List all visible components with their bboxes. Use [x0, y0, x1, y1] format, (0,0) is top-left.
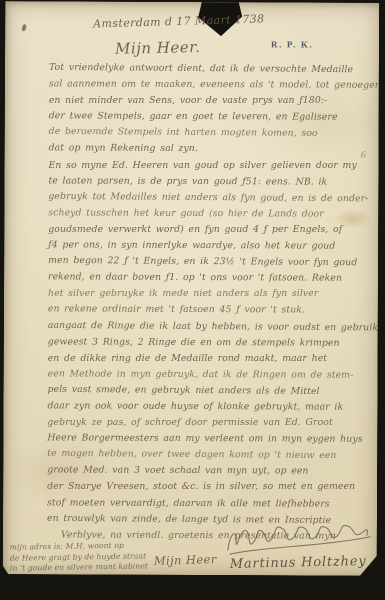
photo-background: Amsterdam d 17 Maart 1738 R. P. K. Mijn … — [0, 0, 385, 600]
letter-line: dat op myn Rekening sal zyn. — [49, 141, 371, 158]
letter-line: goudsmede verwerkt word) en fyn goud 4 ƒ… — [48, 222, 370, 238]
letter-body: Tot vriendelyke antwoort dient, dat ik d… — [47, 60, 371, 544]
letter-line: te laaten parsen, is de prys van goud ƒ5… — [48, 173, 370, 190]
letter-line: een Methode in myn gebruyk, dat ik de Ri… — [48, 366, 370, 383]
letter-line: gebruyk ze pas, of schroef door permissi… — [47, 415, 369, 431]
letter-line: en niet minder van Sens, voor de vaste p… — [49, 93, 371, 109]
letter-line: aangaat de Ringe die ik laat by hebben, … — [48, 317, 370, 336]
letter-line: groote Med. van 3 voet schaal van myn uy… — [47, 463, 369, 480]
letter-line: en de dikke ring die de Medaille rond ma… — [48, 351, 370, 367]
letter-line: het silver gebruyke ik mede niet anders … — [48, 286, 370, 302]
letter-line: en rekene ordinair met 't fatsoen 45 ƒ v… — [48, 302, 370, 319]
date-line: Amsterdam d 17 Maart 1738 — [93, 12, 265, 30]
letter-line: te mogen hebben, over twee dagen komt op… — [47, 446, 369, 465]
collection-stamp: R. P. K. — [271, 39, 313, 49]
letter-line: En so myne Ed. Heeren van goud op silver… — [49, 158, 371, 174]
letter-line: geweest 3 Rings, 2 Ringe die en om de st… — [48, 334, 370, 351]
signature: Martinus Holtzhey — [230, 554, 367, 572]
letter-line: men begon 22 ƒ 't Engels, en ik 23½ 't E… — [48, 253, 370, 272]
letter-line: pels vast smede, en gebruyk niet anders … — [47, 382, 369, 401]
closing-vocative: Mijn Heer — [154, 552, 217, 568]
pencil-mark: 6 — [361, 151, 367, 161]
letter-line: stof moeten vervaardigt, daarvan ik alle… — [47, 495, 369, 512]
letter-line: Tot vriendelyke antwoort dient, dat ik d… — [49, 60, 371, 79]
letter-line: rekend, en daar boven ƒ1. op 't ons voor… — [48, 270, 370, 287]
letter-line: sal aannemen om te maaken, eveneens als … — [49, 76, 371, 93]
letter-line: scheyd tusschen het keur goud (so hier d… — [48, 205, 370, 222]
salutation: Mijn Heer. — [115, 38, 201, 58]
letter-line: daar zyn ook voor oude huyse of klonke g… — [47, 398, 369, 415]
letter-line: de beroemde Stempels int harten mogten k… — [49, 124, 371, 143]
address-note-line: in 't goude en silvere munt kabinet — [10, 562, 148, 575]
closing-flourish — [223, 511, 377, 561]
letter-line: gebruyk tot Medailles niet anders als fy… — [48, 189, 370, 208]
ink-speck — [21, 24, 27, 32]
letter-line: der Snarye Vreesen, stoot &c. is in silv… — [47, 480, 369, 496]
letter-paper: Amsterdam d 17 Maart 1738 R. P. K. Mijn … — [3, 1, 379, 576]
address-note: mijn adres is: M.H. woont opde Heere gra… — [10, 540, 149, 574]
